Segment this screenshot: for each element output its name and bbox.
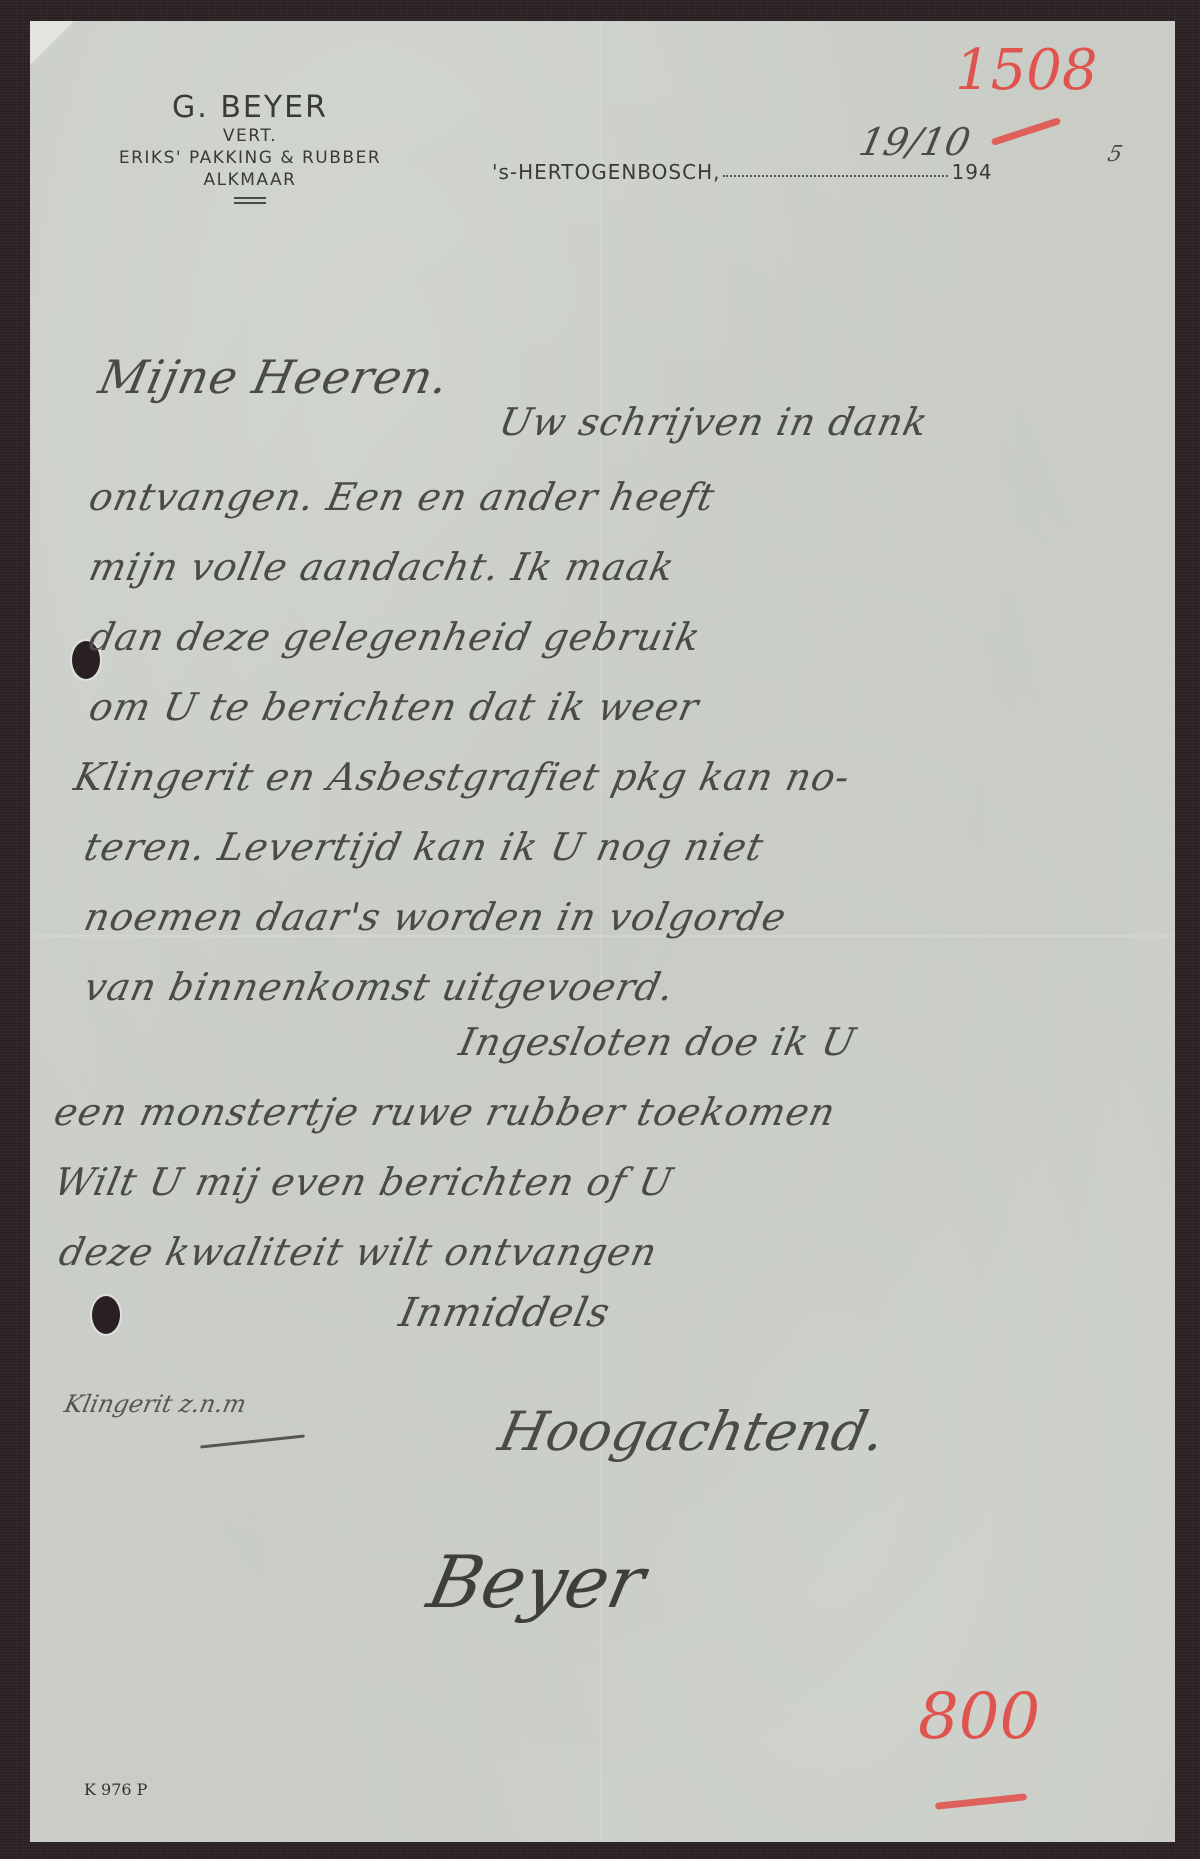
letter-line-4: dan deze gelegenheid gebruik: [85, 615, 705, 659]
letterhead-vert: VERT.: [70, 125, 430, 147]
margin-note: Klingerit z.n.m: [62, 1390, 249, 1418]
letter-line-12: Wilt U mij even berichten of U: [50, 1160, 677, 1204]
letter-line-7: teren. Levertijd kan ik U nog niet: [80, 825, 768, 869]
letterhead-company: ERIKS' PAKKING & RUBBER: [70, 147, 430, 169]
letterhead-rule: [234, 197, 266, 204]
red-amount: 800: [918, 1680, 1040, 1754]
letter-line-10: Ingesloten doe ik U: [455, 1020, 860, 1064]
letter-line-2: ontvangen. Een en ander heeft: [85, 475, 719, 519]
signature: Beyer: [421, 1540, 652, 1624]
place-name: 's-HERTOGENBOSCH,: [492, 160, 720, 184]
letter-line-3: mijn volle aandacht. Ik maak: [85, 545, 679, 589]
closing-hoogachtend: Hoogachtend.: [493, 1400, 890, 1463]
salutation: Mijne Heeren.: [94, 350, 454, 404]
red-reference-number: 1508: [955, 38, 1098, 103]
letter-line-1: Uw schrijven in dank: [495, 400, 932, 444]
closing-inmiddels: Inmiddels: [395, 1290, 614, 1336]
date-dotted-line: [723, 175, 948, 177]
letter-line-5: om U te berichten dat ik weer: [85, 685, 703, 729]
company-name: G. BEYER: [70, 90, 430, 125]
letterhead: G. BEYER VERT. ERIKS' PAKKING & RUBBER A…: [70, 90, 430, 204]
letter-line-11: een monstertje ruwe rubber toekomen: [50, 1090, 840, 1134]
letterhead-city: ALKMAAR: [70, 169, 430, 191]
letter-line-8: noemen daar's worden in volgorde: [80, 895, 790, 939]
letter-line-6: Klingerit en Asbestgrafiet pkg kan no-: [70, 755, 854, 799]
letter-line-9: van binnenkomst uitgevoerd.: [80, 965, 678, 1009]
letter-line-4-text: dan deze gelegenheid gebruik: [85, 615, 705, 659]
letter-line-13: deze kwaliteit wilt ontvangen: [55, 1230, 661, 1274]
print-code: K 976 P: [84, 1780, 147, 1799]
punch-hole-bottom: [92, 1296, 120, 1334]
handwritten-date: 19/10: [855, 120, 974, 164]
